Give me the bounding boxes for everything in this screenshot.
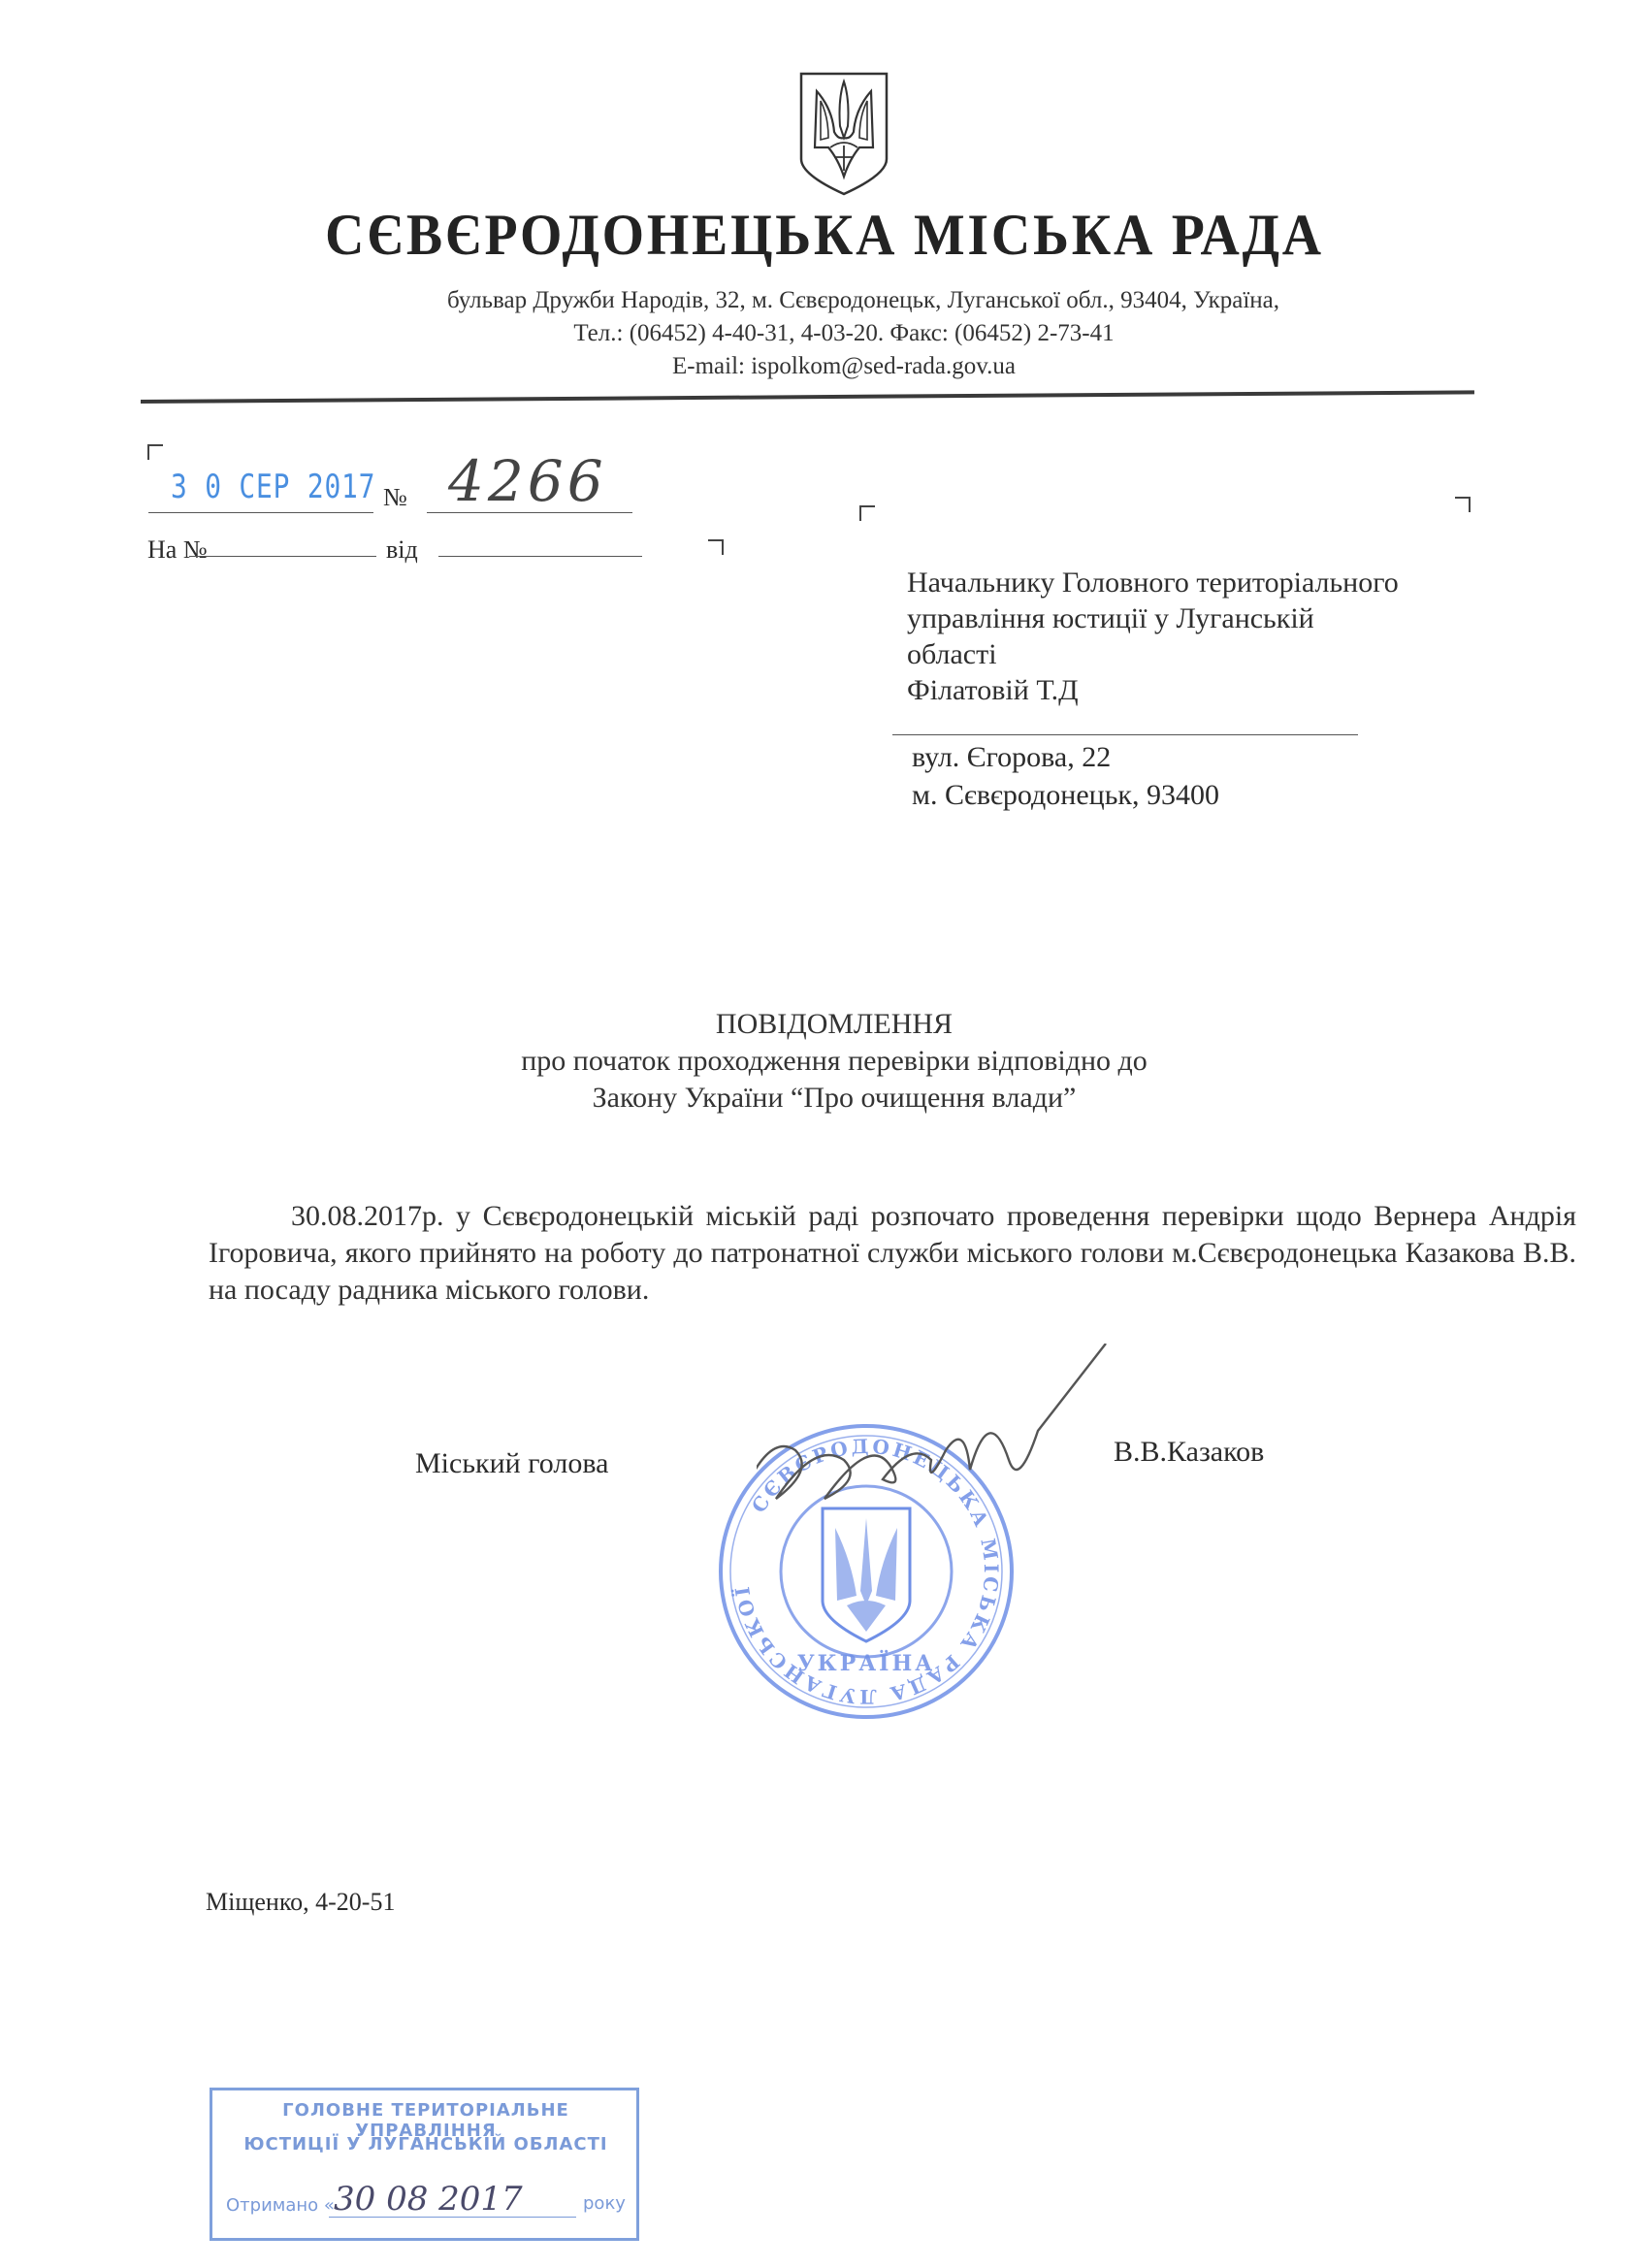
organization-title: СЄВЄРОДОНЕЦЬКА МІСЬКА РАДА: [58, 202, 1592, 269]
executor-contact: Міщенко, 4-20-51: [206, 1888, 395, 1917]
header-divider: [141, 390, 1474, 404]
addressee-line: управління юстиції у Луганській: [907, 600, 1314, 636]
handwritten-signature: [757, 1344, 1145, 1538]
phone-line: Тел.: (06452) 4-40-31, 4-03-20. Факс: (0…: [19, 320, 1649, 347]
date-underline: [148, 512, 373, 513]
reference-number-field: [189, 556, 376, 557]
addressee-street: вул. Єгорова, 22: [912, 741, 1111, 774]
registration-date-stamp: 3 0 СЕР 2017: [171, 468, 375, 506]
reference-number-label: На №: [147, 535, 208, 565]
addressee-divider: [892, 734, 1358, 735]
number-underline: [427, 512, 632, 513]
received-date-underline: [329, 2217, 576, 2218]
corner-mark: [1455, 497, 1471, 512]
registration-number: 4266: [448, 448, 607, 514]
address-line: бульвар Дружби Народів, 32, м. Сєвєродон…: [39, 287, 1649, 314]
document-title: ПОВІДОМЛЕННЯ: [10, 1008, 1649, 1041]
document-subtitle: про початок проходження перевірки відпов…: [10, 1045, 1649, 1078]
addressee-line: області: [907, 636, 997, 672]
signatory-position: Міський голова: [415, 1447, 608, 1480]
number-label: №: [383, 483, 407, 512]
body-paragraph: 30.08.2017р. у Сєвєродонецькій міській р…: [209, 1198, 1576, 1309]
email-line: E-mail: ispolkom@sed-rada.gov.ua: [19, 353, 1649, 380]
received-date: 30 08 2017: [334, 2180, 523, 2219]
reference-date-field: [438, 556, 642, 557]
document-subtitle: Закону України “Про очищення влади”: [10, 1082, 1649, 1115]
addressee-name: Філатовій Т.Д: [907, 672, 1079, 708]
corner-mark: [708, 539, 724, 555]
svg-text:УКРАЇНА: УКРАЇНА: [797, 1649, 935, 1676]
ukraine-trident-icon: [795, 70, 892, 198]
received-year-suffix: року: [583, 2193, 626, 2214]
corner-mark: [859, 505, 875, 521]
reference-date-label: від: [386, 535, 418, 565]
addressee-line: Начальнику Головного територіального: [907, 565, 1399, 600]
received-stamp: ГОЛОВНЕ ТЕРИТОРІАЛЬНЕ УПРАВЛІННЯ ЮСТИЦІЇ…: [210, 2088, 639, 2241]
received-stamp-line: ЮСТИЦІЇ У ЛУГАНСЬКІЙ ОБЛАСТІ: [222, 2134, 630, 2155]
addressee-city: м. Сєвєродонецьк, 93400: [912, 779, 1219, 812]
corner-mark: [147, 444, 163, 460]
received-label: Отримано «: [226, 2195, 335, 2216]
